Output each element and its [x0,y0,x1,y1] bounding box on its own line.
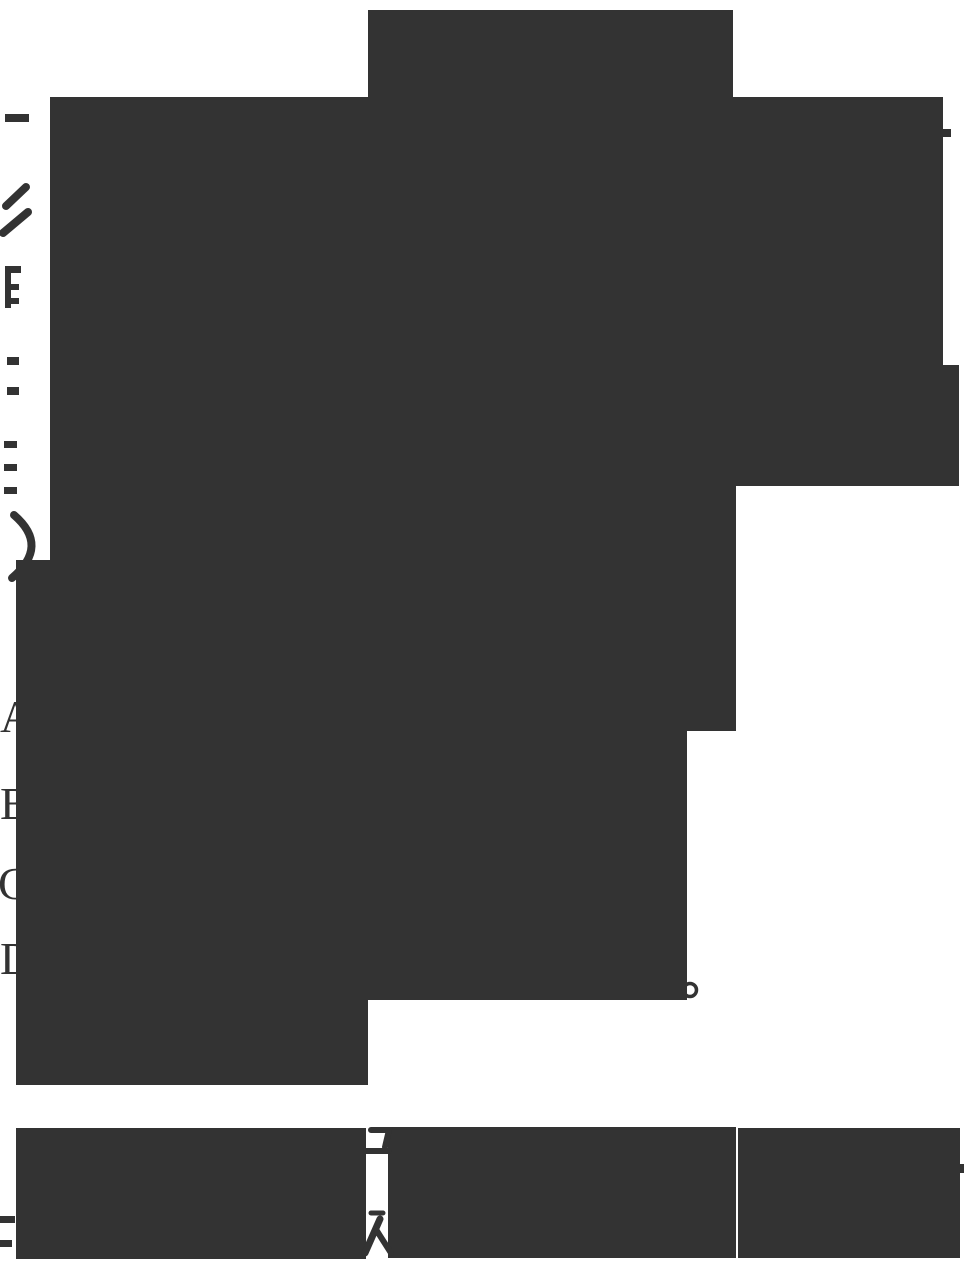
ink-blob-bottom-middle [388,1127,736,1258]
partial-glyph-line1-horizontal-stroke [5,114,29,122]
partial-glyph-bottom-left-bar-lower [0,1240,12,1247]
partial-glyph-line5-tick-top [4,441,17,448]
partial-glyph-line5-tick-middle [4,464,17,471]
partial-glyph-line4-tick-upper [7,357,19,365]
partial-glyph-line3-bar-middle [5,284,19,290]
partial-glyph-bottom-left-bar-upper [0,1216,15,1223]
ink-blob-layer [0,0,964,1283]
ink-blob-right-tab [943,129,951,137]
partial-glyph-line5-tick-bottom [4,487,17,494]
partial-glyph-bottom-gap-hook [371,1130,389,1147]
ink-blob-main [16,10,959,1085]
ink-blob-bottom-right-tab [959,1164,964,1173]
ink-blob-bottom-left [16,1128,366,1259]
partial-glyph-line3-bar-bottom [5,298,19,304]
partial-glyph-line4-tick-lower [7,387,19,395]
partial-glyph-line3-bar-top [5,266,21,273]
partial-glyph-line2-slash-stroke-upper [6,187,26,206]
document-page: A B C D [0,0,964,1283]
ink-blob-bottom-right [738,1128,960,1258]
partial-glyph-line2-slash-stroke-lower [3,212,28,233]
